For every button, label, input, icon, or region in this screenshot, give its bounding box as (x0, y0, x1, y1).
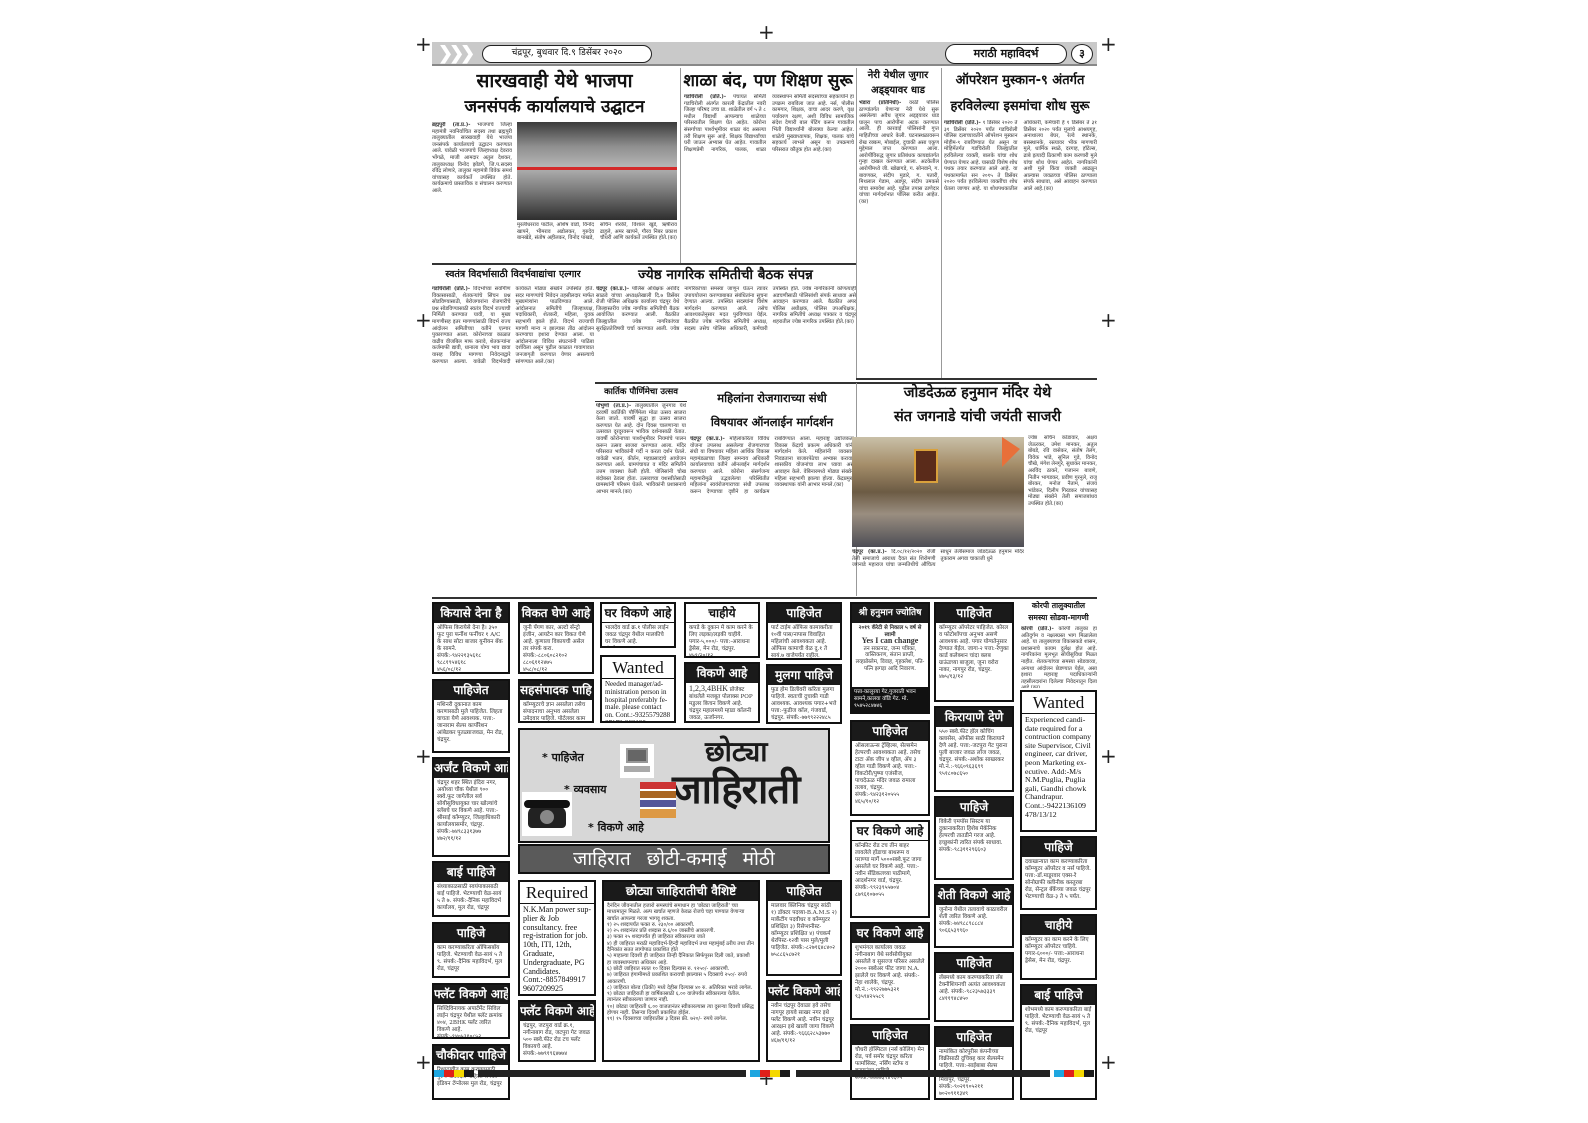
ad-heading: सहसंपादक पाहिजे (520, 681, 592, 700)
dateline: चंद्रपूर (का.प्र.)- (852, 549, 887, 555)
classified-ad-hospital-staff[interactable]: पाहिजेत नामांकित कोरपुरीस कंपनीच्या विक्… (934, 1026, 1014, 1100)
crop-mark-bottom-left: + (415, 1052, 432, 1072)
ad-body: मालवार क्लिनिक चंद्रपुर सांठी १) डॉक्टर … (768, 901, 840, 961)
column-divider (941, 68, 942, 378)
ad-contact: संपर्क:-७४९८८९८८८४ ९०६६५३९९६० (939, 921, 983, 934)
ad-text: दवाखान्यात काम करण्याकरिता कॉम्प्युटर ऑप… (1025, 859, 1091, 872)
ad-heading: कियासे देना है (434, 604, 508, 623)
page-number: ३ (1071, 44, 1093, 64)
ad-body: कॉम्प्युटरचे ज्ञान असलेला तसेच संपादनाचा… (520, 700, 592, 723)
classified-ad-required-job[interactable]: Required N.K.Man power sup-plier & Job c… (518, 880, 596, 996)
dateline: चंद्रपूर (का.प्र.)- (690, 436, 725, 442)
headline-vidarbha: स्वतंत्र विदर्भासाठी विदर्भवाद्यांचा एल्… (432, 264, 594, 286)
photo-ribbon-cutting (517, 122, 677, 220)
column-divider (680, 68, 681, 263)
ad-ref: 472/11/12 (523, 993, 555, 996)
temple-idol (914, 449, 938, 483)
ad-body: शुभमंगल कार्यालय जवळ नगीनाबाग येथे सर्वस… (852, 943, 928, 1003)
ad-heading: पाहिजेत (768, 882, 840, 901)
ad-body: मशिनरी दुकानात काम करणासाठी मुले पाहिजेत… (434, 700, 508, 746)
ad-heading: पाहिजेत (434, 681, 508, 700)
ad-heading: फ्लॅट विकणे आहे (434, 985, 508, 1004)
section-divider (856, 378, 1097, 380)
ad-ref: 478/13/12 (1025, 810, 1057, 819)
ad-body: जुनोना येथील तलावाचे काठावरील शेती त्वरि… (936, 905, 1012, 937)
ad-contact: संपर्क:-७७९१९६४७७४ (523, 1051, 567, 1057)
ad-body: ५५० स्क्वे.फीट हॉल कोचिंग क्लासेस, ऑफीस … (936, 727, 1012, 780)
banner-slogan: जाहिरात छोटी-कमाई मोठी (518, 844, 830, 874)
ad-heading: पाहिजे (936, 798, 1012, 817)
feature-point: १) २५ शब्दापर्यंत फक्त रु. २३०/०० आकारणी… (607, 922, 695, 928)
ad-body: चौधरी हॉस्पिटल (नर्स कोलिंग) मेन रोड, पर… (852, 1045, 928, 1084)
masthead: ❯❯❯ चंद्रपूर, बुधवार दि.९ डिसेंबर २०२० म… (432, 42, 1097, 66)
ad-heading: Wanted (602, 657, 674, 679)
ad-ref: ४६५/१०/१२ (855, 799, 879, 805)
classified-ad-rent[interactable]: कियासे देना है ऑफिस किरायेसे देना है। ३५… (432, 602, 510, 674)
article-senior-citizens-body: चंद्रपूर (का.प्र.)- पोलिस अधिक्षक अरविंद… (596, 286, 856, 382)
ad-text: 1,2,3,4BHK (689, 684, 728, 693)
ad-ref: ४५८/०८/१२ (523, 667, 547, 673)
ad-contact: संपर्क:-दैनिक महाविदर्भ, मुल रोड, चंद्रप… (1025, 1021, 1090, 1034)
ad-body: सिध्दिविनायक अपार्टमेंट सिविल लाईन चंद्र… (434, 1004, 508, 1039)
classified-ad-travels[interactable]: पाहिजेत ऑसलाऊन्स ट्रॅव्हिल्स, सेल्समेन ह… (850, 720, 930, 816)
ad-heading: घर विकणे आहे (852, 924, 928, 943)
telephone-icon (522, 792, 572, 836)
classified-ad-urgent-sale[interactable]: अर्जंट विकणे आहे चंद्रपूर शहर स्थित इंदि… (432, 757, 510, 857)
classified-ad-salesman[interactable]: बाई पाहिजे शोभमध्ये काम करण्याकरिता बाई … (1020, 984, 1097, 1100)
ad-text: तन सकानाट, जन्म पत्रिका, वास्तिकरण, संता… (856, 646, 925, 672)
article-women-body: चंद्रपूर (का.प्र.)- महिलांकरिता विविध यो… (690, 436, 854, 596)
headline-kartik-purnima: कार्तिक पौर्णिमेचा उत्सव (595, 383, 687, 402)
computer-icon (620, 744, 654, 778)
feature-point: ७) जाहिरात हंगामीमध्ये प्रकाशित करायची झ… (607, 972, 747, 984)
ad-heading: शेती विकणे आहे (936, 886, 1012, 905)
print-bar-right (796, 1070, 1050, 1077)
crop-mark-top-right: + (1100, 34, 1117, 54)
books-icon (640, 782, 676, 818)
headline-operation-muskaan-line2: हरविलेल्या इसमांचा शोध सुरू (943, 94, 1097, 120)
headline-women-employment-line2: विषयावर ऑनलाईन मार्गदर्शन (690, 410, 854, 434)
ad-contact: संपर्क:-९८३११२९६६०३ (939, 847, 986, 853)
ad-contact: संपर्क:-दैनिक महाविदर्भ, मुल रोड, चंद्रप… (437, 959, 502, 972)
feature-point: ४) ही जाहिरात मराठी महाविदर्भ-हिन्दी महा… (607, 941, 754, 953)
ad-heading: श्री हनुमान ज्योतिष (852, 604, 928, 623)
banner-bullet-for-sale: * विकणे आहे (588, 820, 644, 835)
dateline: पोंभुर्णा (ता.प्र.)- (596, 403, 631, 409)
ad-body: दवाखान्यात काम करण्याकरिता कॉम्प्युटर ऑप… (1022, 857, 1095, 903)
headline-korpana-line2: समस्या सोडवा-मागणी (1020, 612, 1097, 624)
newspaper-brand: मराठी महाविदर्भ (945, 44, 1067, 64)
ad-heading: बाई पाहिजे (1022, 986, 1095, 1005)
dateline: कोरपी (प्रति.)- (1021, 626, 1054, 632)
classified-ad-hall-rent[interactable]: किरायाणे देणे ५५० स्क्वे.फीट हॉल कोचिंग … (934, 706, 1014, 792)
print-bar-left (478, 1070, 746, 1077)
article-hanuman-caption: चंद्रपूर (का.प्र.)- दि.०८/१२/२०२० रोजी त… (852, 549, 1024, 596)
ad-ref: ४६७/११/१२ (771, 1038, 795, 1044)
ad-heading: घर विकणे आहे (602, 604, 674, 623)
article-kartik-body: पोंभुर्णा (ता.प्र.)- तालुक्यातील जुनगाव … (596, 403, 686, 596)
ad-body: चंद्रपुर, जटपुरा वार्ड क्र.१, नगीनाबाग र… (520, 1021, 594, 1060)
headline-senior-citizens: ज्येष्ठ नागरिक समितीची बैठक संपन्न (595, 264, 856, 286)
ad-contact: संपर्क:-७७२१११०२०१ (689, 722, 733, 723)
ad-contact: पत्ता:-फुडीज कॉल, गंजवार्ड, चंद्रपुर. सं… (771, 708, 831, 721)
ad-text: Yes I can change (862, 636, 919, 645)
red-ribbon (517, 167, 677, 170)
classified-ad-wanted-shop[interactable]: पाहिजेत मशिनरी दुकानात काम करणासाठी मुले… (432, 679, 510, 753)
ad-heading: Wanted (1022, 692, 1095, 714)
ad-body: कॉम्प्युटर का काम करने के लिए कॉम्प्युटर… (1022, 935, 1095, 967)
ad-body: दैनंदिन जीवनातील हजारो समस्यांचे समाधान … (604, 901, 758, 1025)
feature-point: ३) फक्त २५ शब्दापर्यंत ही जाहिरात स्वीका… (607, 934, 705, 940)
dateline: चंद्रपूर (का.प्र.)- (596, 286, 629, 292)
ad-body: जुनी पॅगण कार, अल्टो सॅन्ट्रो इंजीन, आयट… (520, 623, 592, 674)
ad-body: काम करण्याकरिता ऑफिसबॉय पाहिजे. भेटण्याच… (434, 943, 508, 975)
classified-ad-bhk-sale[interactable]: विकणे आहे 1,2,3,4BHK प्रोजेक्ट बांधलेले … (684, 662, 760, 723)
ad-text: Experienced candi-date required for a co… (1025, 715, 1091, 810)
dateline: ब्रह्मपुरी (ता.प्र.)- (432, 122, 470, 128)
ad-text: पार्ट टाईम ऑफिस कामाकरीता १०वी पास/नापास… (771, 625, 833, 659)
ad-body: रिक्षाठावीत काम करण्यासाठी पुरुष चौकीदार… (434, 1065, 508, 1090)
photo-temple-group (852, 437, 1024, 547)
crop-mark-right-mid: + (1100, 310, 1117, 330)
classified-ad-hanuman-jyotish[interactable]: श्री हनुमान ज्योतिष २०१९ कॅरेटी से निकाल… (850, 602, 930, 714)
article-korpana-body: कोरपी (प्रति.)- कोरपी तालुका हा अतिदुर्ग… (1021, 626, 1097, 688)
ad-body: N.K.Man power sup-plier & Job consultanc… (520, 904, 594, 996)
photo-caption-bjp: मुरलीधरराव पाटील, अशिष वार्डा, विनोद खाप… (517, 222, 677, 262)
headline-schools-closed: शाळा बंद, पण शिक्षण सुरू (682, 68, 854, 94)
ad-heading: विकत घेणे आहे (520, 604, 592, 623)
classified-ad-farm-sale[interactable]: शेती विकणे आहे जुनोना येथील तलावाचे काठा… (934, 884, 1014, 948)
ad-heading: Required (520, 882, 594, 904)
article-hanuman-continuation: ज्येष्ठ सचिन कोंडावार, अक्षय जेऊरकर, उमे… (1028, 435, 1097, 596)
feature-point: ८) जाहिरात बोल्ड (ठिकी) मध्ये देहीस दिल्… (607, 985, 752, 991)
ad-text: ऑफिस किरायेसे देना है। ३५० फूट पुरा फर्न… (437, 625, 503, 652)
article-schools-body: गडचिरोली (प्रति.)- पंचायत समिती गडचिरोली… (684, 94, 854, 262)
crop-mark-bottom-right: + (1100, 1052, 1117, 1072)
classified-ad-buy-car[interactable]: विकत घेणे आहे जुनी पॅगण कार, अल्टो सॅन्ट… (518, 602, 594, 674)
crop-mark-left-mid: + (415, 310, 432, 330)
crop-mark-top-left: + (415, 34, 432, 54)
ad-body: पार्ट टाईम ऑफिस कामाकरीता १०वी पास/नापास… (768, 623, 840, 660)
ad-contact: संपर्क:-८८०६०८२१०२ ८८०६११२४७५ (523, 653, 567, 666)
ad-text: N.K.Man power sup-plier & Job consultanc… (523, 905, 591, 993)
headline-hanuman-temple-line2: संत जगनाडे यांची जयंती साजरी (858, 405, 1097, 429)
classified-ad-sub-editor[interactable]: सहसंपादक पाहिजे कॉम्प्युटरचे ज्ञान असलेल… (518, 679, 594, 723)
article-bjp-office-body: ब्रह्मपुरी (ता.प्र.)- भाजपाचे जिल्हा महा… (432, 122, 512, 262)
ad-text: जुनोना येथील तलावाचे काठावरील शेती त्वरि… (939, 907, 1007, 920)
ad-text: दैनंदिन जीवनातील हजारो समस्यांचे समाधान … (607, 903, 744, 922)
classified-ad-wanted-manager[interactable]: Wanted Needed manager/ad-ministration pe… (600, 655, 676, 723)
classified-features-box: छोट्या जाहिरातीची वैशिष्टे दैनंदिन जीवना… (602, 880, 760, 1062)
ad-body: ऑफिस किरायेसे देना है। ३५० फूट पुरा फर्न… (434, 623, 508, 674)
issue-date: चंद्रपूर, बुधवार दि.९ डिसेंबर २०२० (482, 45, 652, 63)
ad-body: कॉन्क्रीट रोड टच तीन बाहर लावलेले हॉडाचा… (852, 841, 928, 901)
ad-heading: चौकीदार पाहिजे (434, 1046, 508, 1065)
classified-ad-part-time[interactable]: पाहिजेत पार्ट टाईम ऑफिस कामाकरीता १०वी प… (766, 602, 842, 660)
classified-ad-house-sale[interactable]: घर विकणे आहे भालदेव वार्ड क्र.१ पोलीस ला… (600, 602, 676, 648)
headline-hanuman-temple-line1: जोडदेऊळ हनुमान मंदिर येथे (858, 381, 1097, 405)
ad-heading: अर्जंट विकणे आहे (434, 759, 508, 778)
classified-ad-computer-hindi[interactable]: चाहीये कॉम्प्युटर का काम करने के लिए कॉम… (1020, 914, 1097, 980)
color-bar-center (750, 1070, 790, 1077)
ad-text: मालवार क्लिनिक चंद्रपुर सांठी १) डॉक्टर … (771, 903, 837, 951)
ad-heading: पाहिजेत (852, 722, 928, 741)
classified-ad-boy-wanted[interactable]: मुलगा पाहिजे फुड होम डिलीवरी करिता मुलगा… (766, 664, 842, 724)
ad-ref: ४७२/११/१२ (437, 836, 461, 842)
headline-neri-gambling-line1: नेरी येथील जुगार (858, 68, 938, 84)
ad-text: सिध्दिविनायक अपार्टमेंट सिविल लाईन चंद्र… (437, 1006, 502, 1033)
crop-mark-left-low: + (415, 746, 432, 766)
ad-heading: पाहिजेत (936, 1028, 1012, 1047)
ad-body: Needed manager/ad-ministration person in… (602, 679, 674, 723)
ad-body: Experienced candi-date required for a co… (1022, 714, 1095, 821)
classified-ad-maid-wanted-2[interactable]: फ्लॅट विकणे आहे सिध्दिविनायक अपार्टमेंट … (432, 983, 510, 1039)
ad-heading: विकणे आहे (686, 664, 758, 683)
ad-heading: फ्लॅट विकणे आहे (768, 982, 840, 1001)
ad-text: कॉम्प्युटरचे ज्ञान असलेला तसेच संपादनाचा… (523, 702, 585, 723)
ad-body: कपडे के दुकान मे काम करने के लिए लड़का/ल… (686, 623, 758, 658)
classified-ad-maid-wanted[interactable]: बाई पाहिजे संध्याकाळसाठी स्वयंपाकासाठी ब… (432, 861, 510, 917)
ad-heading: पाहिजेत (768, 604, 840, 623)
ad-heading: चाहीये (686, 604, 758, 623)
feature-point: १०) छोट्या जाहिराती ६.०० वाजतानंतर स्वीक… (607, 1004, 754, 1016)
ad-text: फुड होम डिलीवरी करिता मुलगा पाहिजे. स्वत… (771, 687, 836, 707)
classifieds-banner: छोट्या जाहिराती * पाहिजेत * व्यवसाय * वि… (518, 728, 830, 843)
ad-body: 1,2,3,4BHK प्रोजेक्ट बांधलेले मजबूत पोला… (686, 683, 758, 723)
ad-heading: फ्लॅट विकणे आहे (520, 1002, 594, 1021)
ad-body: २०१९ कॅरेटी से निकाल ५ वर्ष से स्वामी Ye… (852, 623, 928, 674)
classified-ad-clinic-wanted[interactable]: पाहिजेत मालवार क्लिनिक चंद्रपुर सांठी १)… (766, 880, 842, 976)
ad-body: नवीन चंद्रपूर देवाळा हवे तसेच नागपूर हाय… (768, 1001, 840, 1047)
column-divider (856, 68, 857, 378)
ad-contact: संपर्क:-९४०५३१०८५२ (437, 1034, 481, 1039)
classified-ad-wanted-hindi[interactable]: चाहीये कपडे के दुकान मे काम करने के लिए … (684, 602, 760, 658)
ad-contact: संपर्क:-९६६६२८५३७७० (783, 1031, 830, 1037)
ad-text: Needed manager/ad-ministration person in… (605, 680, 670, 723)
headline-operation-muskaan-line1: ऑपरेशन मुस्कान-९ अंतर्गत (943, 68, 1097, 94)
classified-ad-clinic-staff[interactable]: पाहिजे दवाखान्यात काम करण्याकरिता कॉम्प्… (1020, 836, 1097, 910)
banner-title-line2: जाहिराती (672, 760, 800, 815)
classified-ad-house-sale-2[interactable]: घर विकणे आहे कॉन्क्रीट रोड टच तीन बाहर ल… (850, 820, 930, 918)
ad-heading: पाहिजेत (936, 954, 1012, 973)
dateline: भंडारा (प्रतिनिधी)- (859, 100, 901, 106)
ad-heading: पाहिजे (434, 924, 508, 943)
classified-ad-office-boy[interactable]: पाहिजे काम करण्याकरिता ऑफिसबॉय पाहिजे. भ… (432, 922, 510, 978)
headline-bjp-office-line1: सारखवाही येथे भाजपा (432, 68, 677, 94)
classified-ad-lab-tech[interactable]: पाहिजेत लॅबमध्ये काम करण्याकरिता लॅब टेक… (934, 952, 1014, 1022)
ad-contact: पत्ता:-डॉ.माडूरवार एक्स-रे सोनोग्राफी क्… (1025, 873, 1091, 900)
article-vidarbha-body: गडचिरोली (प्रति.)- विदर्भाच्या सर्वांगीण… (432, 286, 594, 596)
headline-women-employment-line1: महिलांना रोजगाराच्या संधी (690, 386, 854, 410)
ad-body: संध्याकाळसाठी स्वयंपाकासाठी बाई पाहिजे. … (434, 882, 508, 914)
classified-ad-flat-sale-3[interactable]: पाहिजेत चौधरी हॉस्पिटल (नर्स कोलिंग) मेन… (850, 1024, 930, 1100)
feature-point: ११) १५ दिवसाच्या जाहिरातीस ३ दिवस फ्री. … (607, 1016, 727, 1022)
ad-ref: ४५६/०८/१२ (437, 667, 461, 673)
classified-ad-computer-operator[interactable]: पाहिजेत कॉम्प्युटर ऑपरेटर पाहिजेत. कोरल … (934, 602, 1014, 702)
ad-body: कॉम्प्युटर ऑपरेटर पाहिजेत. कोरल व फोटोशॉ… (936, 623, 1012, 683)
dateline: गडचिरोली (प्रति.)- (432, 286, 470, 292)
newspaper-page: ❯❯❯ चंद्रपूर, बुधवार दि.९ डिसेंबर २०२० म… (432, 42, 1097, 1067)
dateline: गडचिरोली (प्रति.)- (684, 94, 726, 100)
ad-ref: ४५९/२०/१२ (689, 653, 713, 658)
classified-ad-flat-sale-1[interactable]: फ्लॅट विकणे आहे चंद्रपुर, जटपुरा वार्ड क… (518, 1000, 596, 1062)
ad-text: जुनी पॅगण कार, अल्टो सॅन्ट्रो इंजीन, आयट… (523, 625, 586, 652)
ad-text: भालदेव वार्ड क्र.१ पोलीस लाईन जवळ चंद्रप… (605, 625, 669, 645)
ad-heading: चाहीये (1022, 916, 1095, 935)
ad-body: विकेरी एमपॉस सिस्टम या दुकानाकरिता हिशेब… (936, 817, 1012, 856)
ad-heading: पाहिजेत (936, 604, 1012, 623)
section-divider (432, 597, 1097, 599)
feature-point: ५) माहाल्या दिवशी ही जाहिरात तिन्ही दैनि… (607, 953, 750, 965)
crop-mark-right-low: + (1100, 746, 1117, 766)
ad-heading: पाहिजेत (852, 1026, 928, 1045)
article-neri-body: भंडारा (प्रतिनिधी)- वरठी पोलिस ठाण्यांतर… (859, 100, 939, 378)
ad-contact-strip: पत्ता-कालुरया गेट,गुजराती भवन सामने,कालव… (852, 687, 928, 712)
classified-ad-wanted-construction[interactable]: Wanted Experienced candi-date required f… (1020, 690, 1097, 832)
classified-ad-mechanic[interactable]: पाहिजे विकेरी एमपॉस सिस्टम या दुकानाकरित… (934, 796, 1014, 880)
ad-body: भालदेव वार्ड क्र.१ पोलीस लाईन जवळ चंद्रप… (602, 623, 674, 648)
article-muskaan-body: गडचिरोली (प्रति.)- १ डिसेंबर २०२० ते ३१ … (944, 120, 1097, 378)
ad-heading: घर विकणे आहे (852, 822, 928, 841)
saffron-flag (1002, 437, 1020, 467)
color-bar-right (1054, 1070, 1094, 1077)
dateline: गडचिरोली (प्रति.)- (944, 120, 981, 126)
headline-korpana-line1: कोरपी तालुक्यातील (1020, 600, 1097, 612)
color-bar-left (434, 1070, 474, 1077)
ad-body: शोभमध्ये काम करण्याकरिता बाई पाहिजे. भेट… (1022, 1005, 1095, 1037)
ad-ref: ४७५/१३/१२ (939, 674, 963, 680)
ad-heading: किरायाणे देणे (936, 708, 1012, 727)
ad-body: लॅबमध्ये काम करण्याकरिता लॅब टेक्नीशियनच… (936, 973, 1012, 1005)
feature-point: ९) छोट्या जाहिराती हा वार्षिकासाठी ६.०० … (607, 991, 740, 1003)
chevron-arrows-icon: ❯❯❯ (438, 44, 488, 64)
banner-bullet-wanted: * पाहिजेत (542, 750, 584, 765)
ad-heading: बाई पाहिजे (434, 863, 508, 882)
ad-heading: मुलगा पाहिजे (768, 666, 840, 685)
ad-body: चंद्रपूर शहर स्थित इंदिरा नगर, अयोध्या च… (434, 778, 508, 845)
headline-bjp-office-line2: जनसंपर्क कार्यालयाचे उद्घाटन (432, 94, 677, 120)
ad-text: चंद्रपुर, जटपुरा वार्ड क्र.१, नगीनाबाग र… (523, 1023, 590, 1050)
ad-heading: पाहिजे (1022, 838, 1095, 857)
ad-body: फुड होम डिलीवरी करिता मुलगा पाहिजे. स्वत… (768, 685, 840, 724)
crop-mark-top: + (758, 22, 775, 42)
ad-heading: छोट्या जाहिरातीची वैशिष्टे (604, 882, 758, 901)
headline-neri-gambling-line2: अड्ड्यावर धाड (858, 84, 938, 98)
classified-ad-flat-sale-2[interactable]: फ्लॅट विकणे आहे नवीन चंद्रपूर देवाळा हवे… (766, 980, 842, 1062)
classified-ad-house-sale-3[interactable]: घर विकणे आहे शुभमंगल कार्यालय जवळ नगीनाब… (850, 922, 930, 1020)
ad-contact: संपर्क:-९४२२१३५६१८ ९८८१९५४६१८ (437, 653, 481, 666)
ad-contact: संपर्क:-९५०४५८६६११ (605, 646, 649, 648)
ad-text: विकेरी एमपॉस सिस्टम या दुकानाकरिता हिशेब… (939, 819, 1003, 846)
ad-body: ऑसलाऊन्स ट्रॅव्हिल्स, सेल्समेन हेल्परची … (852, 741, 928, 808)
